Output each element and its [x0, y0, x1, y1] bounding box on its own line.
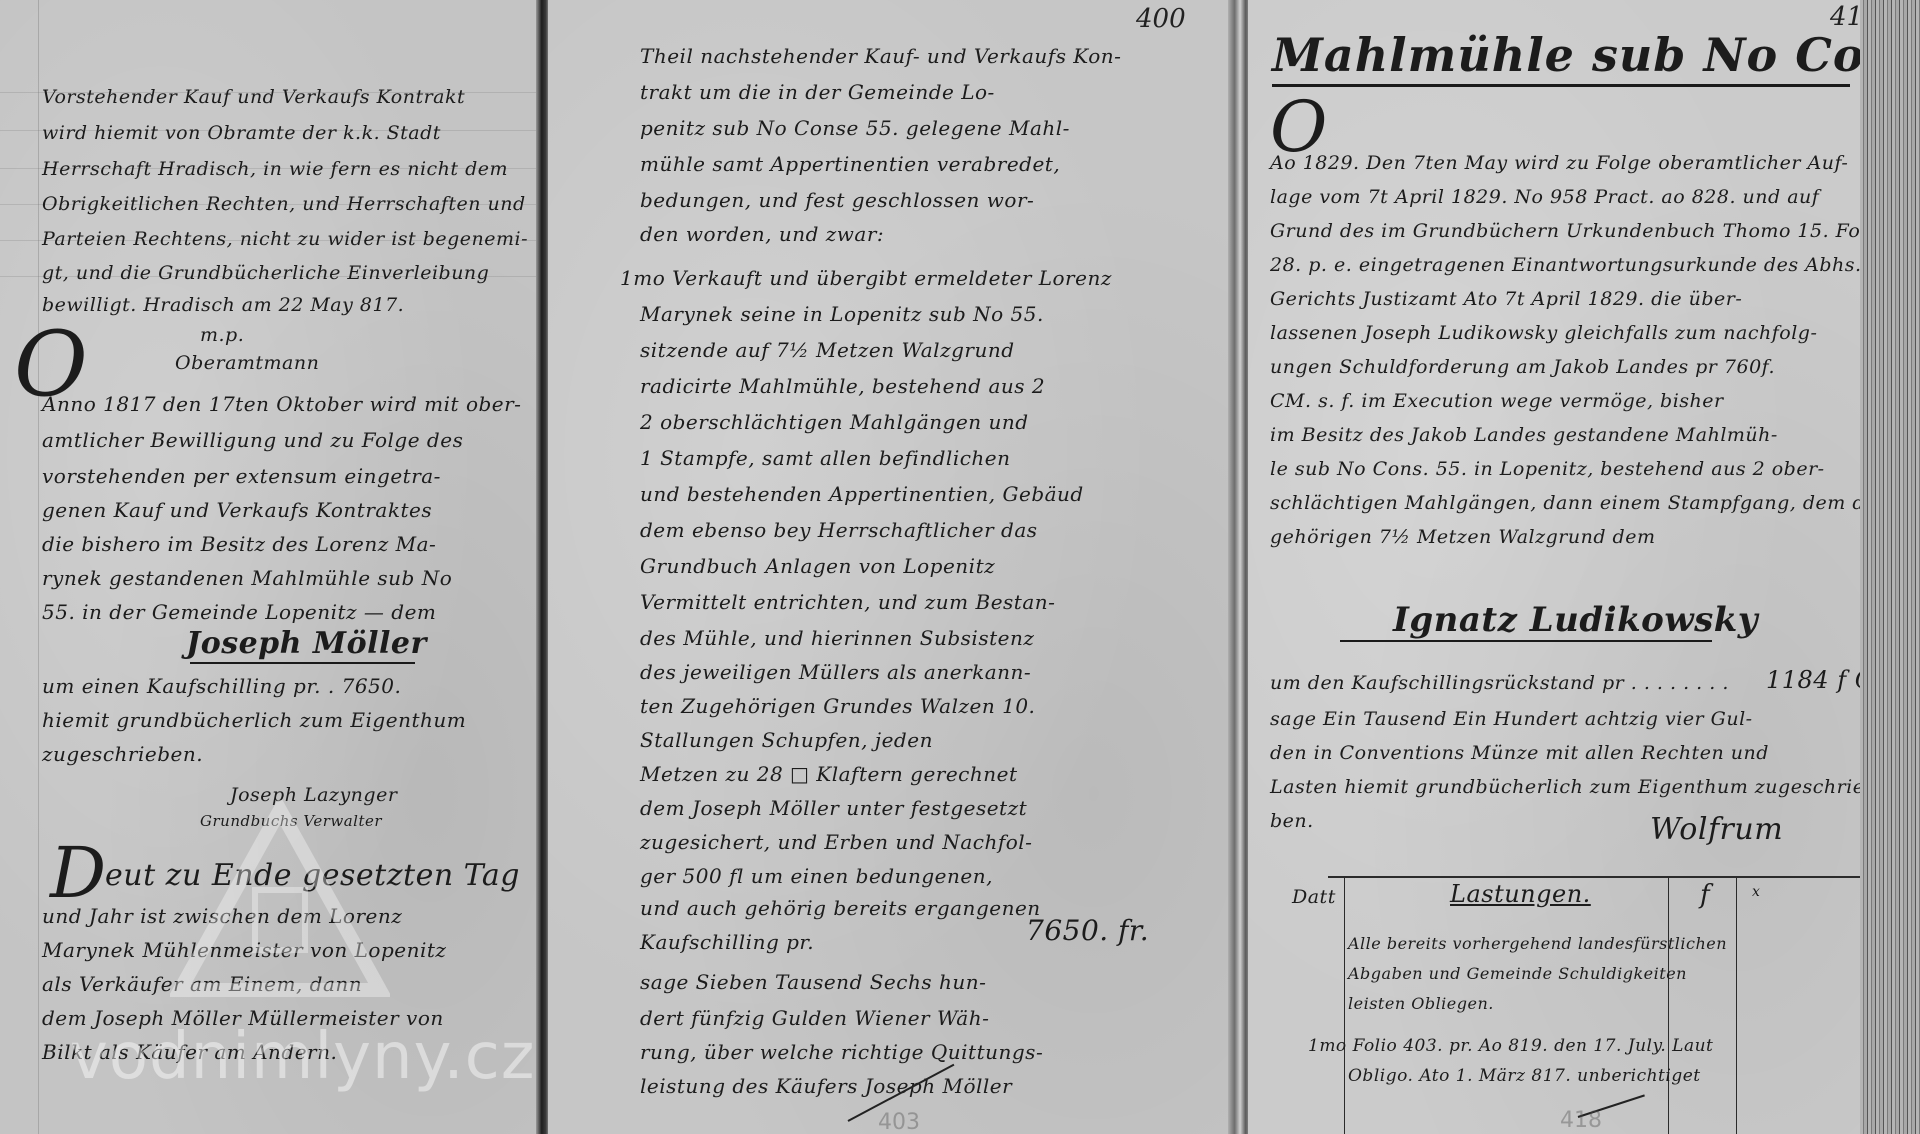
watermark-text: vodnimlyny.cz: [70, 1020, 535, 1094]
text-line: Vermittelt entrichten, und zum Bestan-: [640, 590, 1055, 614]
price-amount: 1184 f Cm: [1766, 666, 1860, 694]
text-line: die bishero im Besitz des Lorenz Ma-: [42, 532, 436, 556]
text-line: sage Ein Tausend Ein Hundert achtzig vie…: [1270, 708, 1753, 730]
table-row: Alle bereits vorhergehend landesfürstlic…: [1348, 934, 1727, 953]
text-line: bedungen, und fest geschlossen wor-: [640, 188, 1034, 212]
text-line: le sub No Cons. 55. in Lopenitz, bestehe…: [1270, 458, 1825, 480]
page-number: 400: [1136, 4, 1186, 34]
text-line: Theil nachstehender Kauf- und Verkaufs K…: [640, 44, 1121, 68]
text-line: dem ebenso bey Herrschaftlicher das: [640, 518, 1038, 542]
page-heading: Mahlmühle sub No Conse 55.: [1272, 28, 1860, 82]
table-row: leisten Obliegen.: [1348, 994, 1494, 1013]
table-header-date: Datt: [1292, 886, 1336, 908]
text-line: Marynek seine in Lopenitz sub No 55.: [640, 302, 1044, 326]
text-line: 1 Stampfe, samt allen befindlichen: [640, 446, 1011, 470]
text-line: ten Zugehörigen Grundes Walzen 10.: [640, 694, 1035, 718]
text-line: bewilligt. Hradisch am 22 May 817.: [42, 294, 404, 316]
text-line: wird hiemit von Obramte der k.k. Stadt: [42, 122, 441, 144]
text-line: den worden, und zwar:: [640, 222, 884, 246]
pencil-mark: 418: [1560, 1108, 1602, 1133]
text-line: Herrschaft Hradisch, in wie fern es nich…: [42, 158, 508, 180]
text-line: rung, über welche richtige Quittungs-: [640, 1040, 1043, 1064]
name-underline: [190, 662, 415, 664]
text-line: Grund des im Grundbüchern Urkundenbuch T…: [1270, 220, 1860, 242]
text-line: Gerichts Justizamt Ato 7t April 1829. di…: [1270, 288, 1742, 310]
text-line: penitz sub No Conse 55. gelegene Mahl-: [640, 116, 1070, 140]
watermark-logo-icon: [170, 800, 390, 1000]
text-line: 1mo Verkauft und übergibt ermeldeter Lor…: [620, 266, 1112, 290]
text-line: genen Kauf und Verkaufs Kontraktes: [42, 498, 432, 522]
text-line: radicirte Mahlmühle, bestehend aus 2: [640, 374, 1045, 398]
table-top-border: [1328, 876, 1860, 878]
text-line: ben.: [1270, 810, 1314, 832]
text-line: ger 500 fl um einen bedungenen,: [640, 864, 993, 888]
text-line: zugesichert, und Erben und Nachfol-: [640, 830, 1032, 854]
margin-line: [38, 0, 39, 1134]
text-line: CM. s. f. im Execution wege vermöge, bis…: [1270, 390, 1724, 412]
text-line: Parteien Rechtens, nicht zu wider ist be…: [42, 228, 528, 250]
table-row: 1mo Folio 403. pr. Ao 819. den 17. July.…: [1308, 1036, 1713, 1056]
table-header-x: x: [1752, 884, 1760, 900]
price-amount: 7650. fr.: [1026, 914, 1149, 947]
text-line: mühle samt Appertinentien verabredet,: [640, 152, 1060, 176]
book-fore-edge: [1860, 0, 1920, 1134]
text-line: und bestehenden Appertinentien, Gebäud: [640, 482, 1084, 506]
text-line: lage vom 7t April 1829. No 958 Pract. ao…: [1270, 186, 1819, 208]
text-line: ungen Schuldforderung am Jakob Landes pr…: [1270, 356, 1775, 378]
text-line: schlächtigen Mahlgängen, dann einem Stam…: [1270, 492, 1860, 514]
text-line: Lasten hiemit grundbücherlich zum Eigent…: [1270, 776, 1860, 798]
text-line: dem Joseph Möller unter festgesetzt: [640, 796, 1027, 820]
text-line: Metzen zu 28 □ Klaftern gerechnet: [640, 762, 1018, 786]
owner-name: Ignatz Ludikowsky: [1393, 600, 1758, 640]
left-page: Vorstehender Kauf und Verkaufs Kontrakt …: [0, 0, 538, 1134]
text-line: 28. p. e. eingetragenen Einantwortungsur…: [1270, 254, 1860, 276]
text-line: Stallungen Schupfen, jeden: [640, 728, 933, 752]
book-gutter: [1228, 0, 1250, 1134]
price-line: um den Kaufschillingsrückstand pr . . . …: [1270, 672, 1729, 694]
table-header-flag: f: [1700, 880, 1710, 910]
text-line: und auch gehörig bereits ergangenen: [640, 896, 1041, 920]
text-line: des jeweiligen Müllers als anerkann-: [640, 660, 1031, 684]
text-line: gt, und die Grundbücherliche Einverleibu…: [42, 262, 489, 284]
middle-page: 400 Theil nachstehender Kauf- und Verkau…: [548, 0, 1230, 1134]
table-row: Obligo. Ato 1. März 817. unberichtiget: [1348, 1066, 1701, 1086]
right-page: 410 Mahlmühle sub No Conse 55. O Ao 1829…: [1248, 0, 1860, 1134]
text-line: Anno 1817 den 17ten Oktober wird mit obe…: [42, 392, 521, 416]
table-col-divider: [1668, 876, 1669, 1134]
text-line: Grundbuch Anlagen von Lopenitz: [640, 554, 995, 578]
text-line: den in Conventions Münze mit allen Recht…: [1270, 742, 1769, 764]
closing-mp: m.p.: [200, 324, 244, 346]
text-line: dert fünfzig Gulden Wiener Wäh-: [640, 1006, 989, 1030]
table-col-divider: [1344, 876, 1345, 1134]
text-line: hiemit grundbücherlich zum Eigenthum: [42, 708, 466, 732]
name-underline: [1340, 640, 1712, 642]
signature: Wolfrum: [1650, 812, 1783, 847]
text-line: gehörigen 7½ Metzen Walzgrund dem: [1270, 526, 1655, 548]
text-line: Ao 1829. Den 7ten May wird zu Folge ober…: [1270, 152, 1848, 174]
buyer-name: Joseph Möller: [186, 626, 427, 661]
text-line: zugeschrieben.: [42, 742, 203, 766]
heading-underline: [1272, 84, 1850, 87]
text-line: im Besitz des Jakob Landes gestandene Ma…: [1270, 424, 1778, 446]
table-col-divider: [1736, 876, 1737, 1134]
text-line: 2 oberschlächtigen Mahlgängen und: [640, 410, 1029, 434]
text-line: rynek gestandenen Mahlmühle sub No: [42, 566, 452, 590]
table-row: Abgaben und Gemeinde Schuldigkeiten: [1348, 964, 1687, 983]
text-line: trakt um die in der Gemeinde Lo-: [640, 80, 995, 104]
text-line: lassenen Joseph Ludikowsky gleichfalls z…: [1270, 322, 1817, 344]
text-line: 55. in der Gemeinde Lopenitz — dem: [42, 600, 436, 624]
text-line: sitzende auf 7½ Metzen Walzgrund: [640, 338, 1015, 362]
text-line: leistung des Käufers Joseph Möller: [640, 1074, 1012, 1098]
signature-oberamtmann: Oberamtmann: [175, 352, 319, 374]
text-line: vorstehenden per extensum eingetra-: [42, 464, 441, 488]
price-label: Kaufschilling pr.: [640, 930, 814, 954]
pencil-mark: 403: [878, 1110, 920, 1134]
text-line: Vorstehender Kauf und Verkaufs Kontrakt: [42, 86, 465, 108]
table-header-lastungen: Lastungen.: [1450, 880, 1591, 908]
text-line: Obrigkeitlichen Rechten, und Herrschafte…: [42, 193, 526, 215]
text-line: des Mühle, und hierinnen Subsistenz: [640, 626, 1034, 650]
initial-letter: D: [50, 838, 107, 908]
text-line: um einen Kaufschilling pr. . 7650.: [42, 674, 401, 698]
text-line: amtlicher Bewilligung und zu Folge des: [42, 428, 463, 452]
text-line: sage Sieben Tausend Sechs hun-: [640, 970, 986, 994]
